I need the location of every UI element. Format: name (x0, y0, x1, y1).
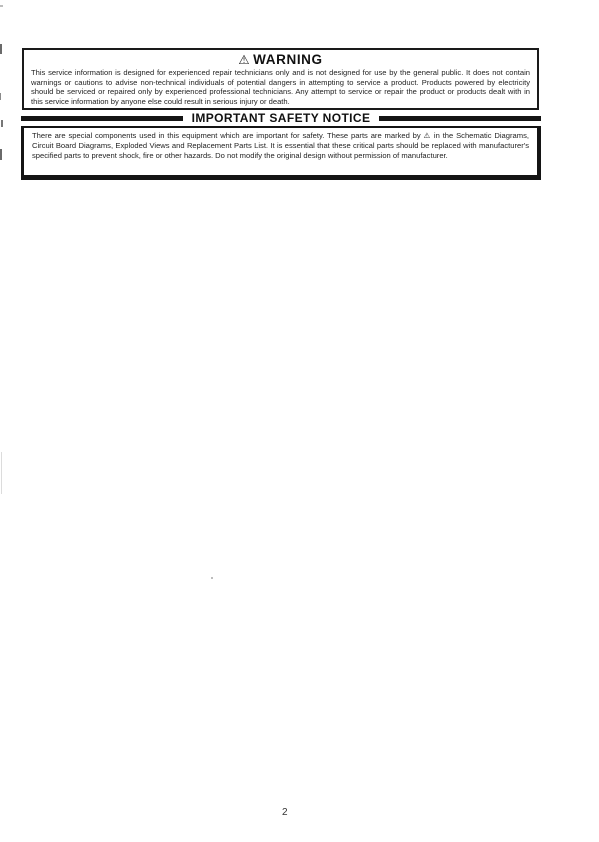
page-number: 2 (282, 807, 288, 818)
scan-artifact (0, 44, 2, 54)
warning-triangle-icon: ⚠ (238, 52, 250, 67)
scan-artifact (1, 452, 2, 494)
scan-artifact (0, 93, 1, 100)
scan-artifact (0, 5, 3, 7)
safety-notice-header: IMPORTANT SAFETY NOTICE (21, 112, 541, 124)
safety-notice-body-text: There are special components used in thi… (32, 131, 529, 161)
scan-artifact (0, 149, 2, 160)
warning-title-text: WARNING (253, 52, 322, 67)
warning-title: ⚠WARNING (24, 52, 537, 67)
notice-left-rule (21, 116, 183, 121)
notice-right-rule (379, 116, 541, 121)
warning-body-text: This service information is designed for… (31, 68, 530, 106)
scan-artifact (1, 120, 3, 127)
safety-notice-title: IMPORTANT SAFETY NOTICE (183, 111, 380, 125)
warning-box: ⚠WARNING This service information is des… (22, 48, 539, 110)
document-page: ⚠WARNING This service information is des… (0, 0, 599, 842)
safety-notice-box: There are special components used in thi… (21, 126, 541, 180)
scan-artifact (211, 577, 213, 579)
